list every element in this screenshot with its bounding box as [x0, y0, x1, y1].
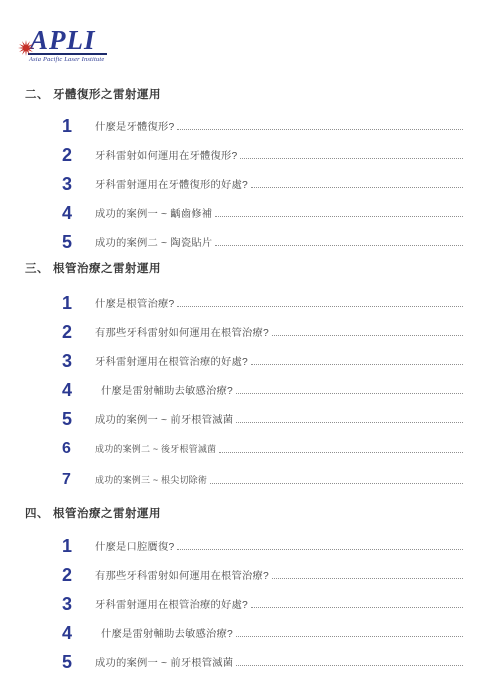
- dotted-leader: [236, 665, 463, 666]
- item-text: 成功的案例一 ~ 前牙根管滅菌: [95, 411, 233, 426]
- item-number: 7: [62, 472, 76, 488]
- toc-row: 5成功的案例一 ~ 前牙根管滅菌: [62, 647, 463, 676]
- item-text: 成功的案例二 ~ 陶瓷貼片: [95, 234, 212, 249]
- item-number: 2: [62, 566, 76, 584]
- dotted-leader: [240, 158, 463, 159]
- item-number: 2: [62, 323, 76, 341]
- toc-section: 二、牙體復形之雷射運用1什麼是牙體復形?2牙科雷射如何運用在牙體復形?3牙科雷射…: [0, 88, 494, 256]
- section-heading: 二、牙體復形之雷射運用: [25, 88, 494, 102]
- item-text: 牙科雷射運用在根管治療的好處?: [95, 596, 248, 611]
- section-heading: 三、根管治療之雷射運用: [25, 262, 494, 276]
- dotted-leader: [215, 216, 463, 217]
- toc-row: 4什麼是雷射輔助去敏感治療?: [62, 375, 463, 404]
- dotted-leader: [219, 452, 463, 453]
- item-number: 4: [62, 204, 76, 222]
- item-text: 牙科雷射如何運用在牙體復形?: [95, 147, 237, 162]
- toc-row: 2有那些牙科雷射如何運用在根管治療?: [62, 317, 463, 346]
- item-number: 1: [62, 117, 76, 135]
- toc-section: 三、根管治療之雷射運用1什麼是根管治療?2有那些牙科雷射如何運用在根管治療?3牙…: [0, 262, 494, 495]
- item-text: 成功的案例三 ~ 根尖切除術: [95, 473, 207, 486]
- item-text: 成功的案例一 ~ 齲齒修補: [95, 205, 212, 220]
- item-text: 牙科雷射運用在牙體復形的好處?: [95, 176, 248, 191]
- toc-row: 7成功的案例三 ~ 根尖切除術: [62, 464, 463, 495]
- item-number: 3: [62, 595, 76, 613]
- toc-row: 2有那些牙科雷射如何運用在根管治療?: [62, 560, 463, 589]
- item-text: 成功的案例一 ~ 前牙根管滅菌: [95, 654, 233, 669]
- dotted-leader: [272, 578, 463, 579]
- section-title: 牙體復形之雷射運用: [53, 88, 161, 102]
- toc: 二、牙體復形之雷射運用1什麼是牙體復形?2牙科雷射如何運用在牙體復形?3牙科雷射…: [0, 0, 494, 676]
- dotted-leader: [215, 245, 463, 246]
- item-number: 4: [62, 381, 76, 399]
- item-text: 什麼是雷射輔助去敏感治療?: [101, 382, 233, 397]
- item-text: 什麼是口腔贋復?: [95, 538, 174, 553]
- toc-row: 1什麼是牙體復形?: [62, 111, 463, 140]
- toc-row: 4成功的案例一 ~ 齲齒修補: [62, 198, 463, 227]
- item-text: 什麼是雷射輔助去敏感治療?: [101, 625, 233, 640]
- item-number: 5: [62, 653, 76, 671]
- dotted-leader: [236, 422, 463, 423]
- item-number: 3: [62, 175, 76, 193]
- item-number: 1: [62, 294, 76, 312]
- item-number: 6: [62, 441, 76, 457]
- toc-row: 3牙科雷射運用在根管治療的好處?: [62, 346, 463, 375]
- section-heading: 四、根管治療之雷射運用: [25, 507, 494, 521]
- item-text: 什麼是牙體復形?: [95, 118, 174, 133]
- dotted-leader: [251, 187, 463, 188]
- toc-row: 1什麼是根管治療?: [62, 288, 463, 317]
- toc-section: 四、根管治療之雷射運用1什麼是口腔贋復?2有那些牙科雷射如何運用在根管治療?3牙…: [0, 507, 494, 676]
- dotted-leader: [251, 607, 463, 608]
- document-page: APLI Asia Pacific Laser Institute 二、牙體復形…: [0, 0, 494, 700]
- dotted-leader: [177, 306, 463, 307]
- item-text: 成功的案例二 ~ 後牙根管滅菌: [95, 442, 216, 455]
- section-title: 根管治療之雷射運用: [53, 262, 161, 276]
- toc-row: 5成功的案例二 ~ 陶瓷貼片: [62, 227, 463, 256]
- item-text: 有那些牙科雷射如何運用在根管治療?: [95, 324, 269, 339]
- toc-row: 6成功的案例二 ~ 後牙根管滅菌: [62, 433, 463, 464]
- toc-row: 5成功的案例一 ~ 前牙根管滅菌: [62, 404, 463, 433]
- dotted-leader: [177, 549, 463, 550]
- item-text: 牙科雷射運用在根管治療的好處?: [95, 353, 248, 368]
- dotted-leader: [251, 364, 463, 365]
- toc-row: 3牙科雷射運用在牙體復形的好處?: [62, 169, 463, 198]
- dotted-leader: [236, 636, 463, 637]
- toc-row: 3牙科雷射運用在根管治療的好處?: [62, 589, 463, 618]
- item-number: 2: [62, 146, 76, 164]
- item-number: 5: [62, 410, 76, 428]
- toc-row: 1什麼是口腔贋復?: [62, 531, 463, 560]
- dotted-leader: [210, 483, 463, 484]
- section-label: 三、: [25, 262, 53, 276]
- section-title: 根管治療之雷射運用: [53, 507, 161, 521]
- dotted-leader: [236, 393, 463, 394]
- item-text: 什麼是根管治療?: [95, 295, 174, 310]
- dotted-leader: [177, 129, 463, 130]
- item-number: 3: [62, 352, 76, 370]
- section-label: 二、: [25, 88, 53, 102]
- item-number: 5: [62, 233, 76, 251]
- item-text: 有那些牙科雷射如何運用在根管治療?: [95, 567, 269, 582]
- toc-row: 2牙科雷射如何運用在牙體復形?: [62, 140, 463, 169]
- item-number: 1: [62, 537, 76, 555]
- toc-row: 4什麼是雷射輔助去敏感治療?: [62, 618, 463, 647]
- item-number: 4: [62, 624, 76, 642]
- dotted-leader: [272, 335, 463, 336]
- section-label: 四、: [25, 507, 53, 521]
